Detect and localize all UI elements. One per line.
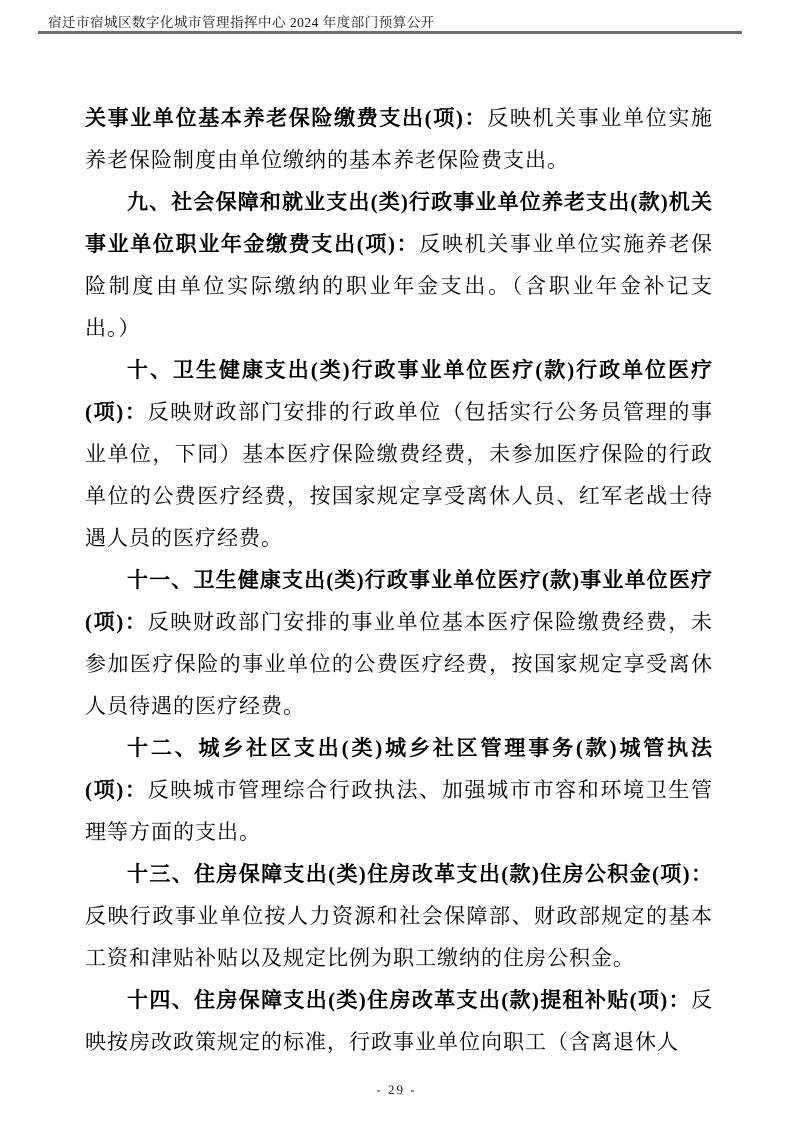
paragraph-continuation: 关事业单位基本养老保险缴费支出(项)：反映机关事业单位实施养老保险制度由单位缴纳… [85, 97, 713, 181]
page-footer: - 29 - [0, 1082, 793, 1098]
paragraph-heading: 十四、住房保障支出(类)住房改革支出(款)提租补贴(项)： [127, 988, 691, 1012]
paragraph-heading: 关事业单位基本养老保险缴费支出(项)： [85, 106, 487, 130]
paragraph-item-10: 十、卫生健康支出(类)行政事业单位医疗(款)行政单位医疗(项)：反映财政部门安排… [85, 349, 713, 559]
paragraph-heading: 十三、住房保障支出(类)住房改革支出(款)住房公积金(项)： [127, 862, 713, 886]
paragraph-item-13: 十三、住房保障支出(类)住房改革支出(款)住房公积金(项)：反映行政事业单位按人… [85, 853, 713, 979]
document-body: 关事业单位基本养老保险缴费支出(项)：反映机关事业单位实施养老保险制度由单位缴纳… [85, 97, 713, 1063]
paragraph-text: 反映财政部门安排的事业单位基本医疗保险缴费经费，未参加医疗保险的事业单位的公费医… [85, 610, 713, 718]
paragraph-text: 反映财政部门安排的行政单位（包括实行公务员管理的事业单位，下同）基本医疗保险缴费… [85, 400, 713, 550]
paragraph-text: 反映城市管理综合行政执法、加强城市市容和环境卫生管理等方面的支出。 [85, 778, 713, 844]
header-rule [38, 31, 742, 34]
page-number: - 29 - [376, 1082, 416, 1097]
header-title: 宿迁市宿城区数字化城市管理指挥中心 2024 年度部门预算公开 [48, 11, 435, 31]
paragraph-item-14: 十四、住房保障支出(类)住房改革支出(款)提租补贴(项)：反映按房改政策规定的标… [85, 979, 713, 1063]
paragraph-item-11: 十一、卫生健康支出(类)行政事业单位医疗(款)事业单位医疗(项)：反映财政部门安… [85, 559, 713, 727]
paragraph-item-9: 九、社会保障和就业支出(类)行政事业单位养老支出(款)机关事业单位职业年金缴费支… [85, 181, 713, 349]
paragraph-text: 反映行政事业单位按人力资源和社会保障部、财政部规定的基本工资和津贴补贴以及规定比… [85, 904, 713, 970]
paragraph-item-12: 十二、城乡社区支出(类)城乡社区管理事务(款)城管执法(项)：反映城市管理综合行… [85, 727, 713, 853]
document-page: 宿迁市宿城区数字化城市管理指挥中心 2024 年度部门预算公开 关事业单位基本养… [0, 0, 793, 1122]
